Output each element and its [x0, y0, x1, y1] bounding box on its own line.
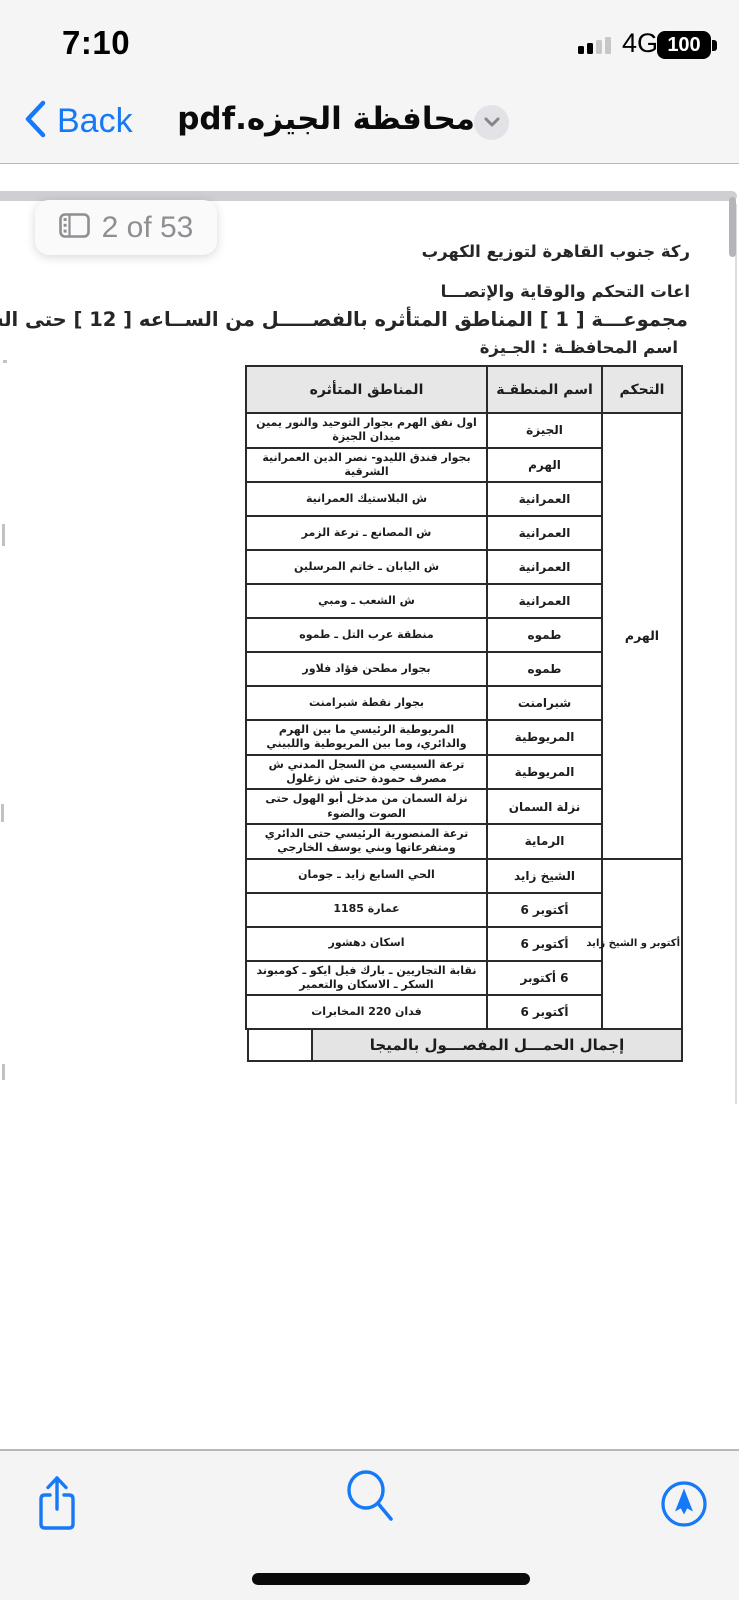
total-load-label: إجمال الحمـــل المفصـــول بالميجا — [311, 1030, 681, 1060]
status-time: 7:10 — [62, 24, 130, 62]
area-name-cell: شبرامنت — [487, 686, 602, 720]
scan-artifact — [1, 804, 4, 822]
battery-tip — [712, 40, 717, 51]
total-load-value — [249, 1030, 311, 1060]
markup-pen-icon — [660, 1515, 708, 1532]
table-row: أكتوبر و الشيخ زايدالشيخ زايدالحي السابع… — [246, 859, 682, 893]
affected-areas-cell: عمارة 1185 — [246, 893, 487, 927]
area-name-cell: الرماية — [487, 824, 602, 859]
back-label: Back — [57, 102, 133, 141]
area-name-cell: طموه — [487, 618, 602, 652]
area-name-cell: طموه — [487, 652, 602, 686]
affected-areas-cell: المريوطية الرئيسي ما بين الهرم والدائري،… — [246, 720, 487, 755]
affected-areas-cell: ش الشعب ـ ومبي — [246, 584, 487, 618]
area-name-cell: العمرانية — [487, 584, 602, 618]
share-icon — [36, 1520, 78, 1537]
column-header-control: التحكم — [602, 366, 682, 413]
network-type-label: 4G — [622, 28, 658, 59]
table-footer-row: إجمال الحمـــل المفصـــول بالميجا — [247, 1028, 683, 1062]
affected-areas-cell: نزلة السمان من مدخل أبو الهول حتى الصوت … — [246, 789, 487, 824]
affected-areas-cell: اسكان دهشور — [246, 927, 487, 961]
affected-areas-cell: نقابة التجاريين ـ بارك فيل ايكو ـ كومبون… — [246, 961, 487, 996]
markup-button[interactable] — [660, 1480, 708, 1533]
scan-governorate-line: اسم المحافظـة : الجـيزة — [480, 338, 678, 357]
control-group-cell: الهرم — [602, 413, 682, 859]
affected-areas-cell: منطقة عرب التل ـ طموه — [246, 618, 487, 652]
document-title: محافظة الجيزه.pdf — [185, 101, 475, 137]
affected-areas-cell: ش اليابان ـ خاتم المرسلين — [246, 550, 487, 584]
scan-company-line: ركة جنوب القاهرة لتوزيع الكهرب — [422, 242, 690, 261]
area-name-cell: نزلة السمان — [487, 789, 602, 824]
chevron-left-icon — [24, 100, 47, 143]
page-indicator-label: 2 of 53 — [102, 211, 194, 245]
area-name-cell: الشيخ زايد — [487, 859, 602, 893]
area-name-cell: العمرانية — [487, 550, 602, 584]
area-name-cell: المريوطية — [487, 755, 602, 790]
area-name-cell: أكتوبر 6 — [487, 893, 602, 927]
chevron-down-icon — [484, 114, 500, 132]
area-name-cell: المريوطية — [487, 720, 602, 755]
affected-areas-cell: ش البلاستيك العمرانية — [246, 482, 487, 516]
pdf-page: 2 of 53 ركة جنوب القاهرة لتوزيع الكهرب ا… — [0, 164, 739, 1449]
top-chrome: 7:10 4G 100 Back محافظة الجيزه.pdf — [0, 0, 739, 164]
column-header-affected-areas: المناطق المتأثره — [246, 366, 487, 413]
affected-areas-cell: فدان 220 المخابرات — [246, 995, 487, 1029]
search-icon — [343, 1513, 397, 1530]
scan-artifact — [3, 360, 7, 363]
back-button[interactable]: Back — [24, 100, 133, 143]
area-name-cell: العمرانية — [487, 516, 602, 550]
area-name-cell: أكتوبر 6 — [487, 927, 602, 961]
control-group-cell: أكتوبر و الشيخ زايد — [602, 859, 682, 1030]
area-name-cell: الهرم — [487, 448, 602, 483]
affected-areas-cell: ش المصانع ـ ترعة الزمر — [246, 516, 487, 550]
area-name-cell: الجيزة — [487, 413, 602, 448]
affected-areas-cell: ترعة المنصورية الرئيسي حتى الدائري ومتفر… — [246, 824, 487, 859]
cellular-signal-icon — [578, 36, 614, 54]
scan-group-line: مجموعـــة [ 1 ] المناطق المتأثره بالفصــ… — [0, 308, 688, 331]
scan-department-line: اعات التحكم والوقاية والإتصـــا — [441, 282, 690, 301]
affected-areas-table: التحكم اسم المنطقـة المناطق المتأثره اله… — [247, 365, 683, 1062]
table-row: الهرمالجيزةاول نفق الهرم بجوار التوحيد و… — [246, 413, 682, 448]
area-name-cell: العمرانية — [487, 482, 602, 516]
scrollbar-thumb[interactable] — [729, 197, 736, 257]
affected-areas-cell: ترعة السيسي من السجل المدني ش مصرف حمودة… — [246, 755, 487, 790]
affected-areas-cell: اول نفق الهرم بجوار التوحيد والنور يمين … — [246, 413, 487, 448]
table-header-row: التحكم اسم المنطقـة المناطق المتأثره — [246, 366, 682, 413]
pdf-viewer-screen: 7:10 4G 100 Back محافظة الجيزه.pdf — [0, 0, 739, 1600]
scan-artifact — [2, 524, 5, 546]
affected-areas-cell: الحي السابع زايد ـ جومان — [246, 859, 487, 893]
page-indicator[interactable]: 2 of 53 — [35, 200, 217, 255]
title-menu-button[interactable] — [474, 105, 509, 140]
battery-icon: 100 — [657, 31, 711, 59]
home-indicator[interactable] — [252, 1573, 530, 1585]
column-header-area-name: اسم المنطقـة — [487, 366, 602, 413]
affected-areas-cell: بجوار فندق الليدو- نصر الدين العمرانية ا… — [246, 448, 487, 483]
scan-artifact — [2, 1064, 5, 1080]
area-name-cell: أكتوبر 6 — [487, 995, 602, 1029]
affected-areas-cell: بجوار مطحن فؤاد فلاور — [246, 652, 487, 686]
share-button[interactable] — [36, 1473, 78, 1538]
area-name-cell: 6 أكتوبر — [487, 961, 602, 996]
page-edge-shadow — [735, 204, 737, 1104]
thumbnails-icon — [59, 213, 90, 243]
search-button[interactable] — [343, 1468, 397, 1531]
affected-areas-cell: بجوار نقطة شبرامنت — [246, 686, 487, 720]
